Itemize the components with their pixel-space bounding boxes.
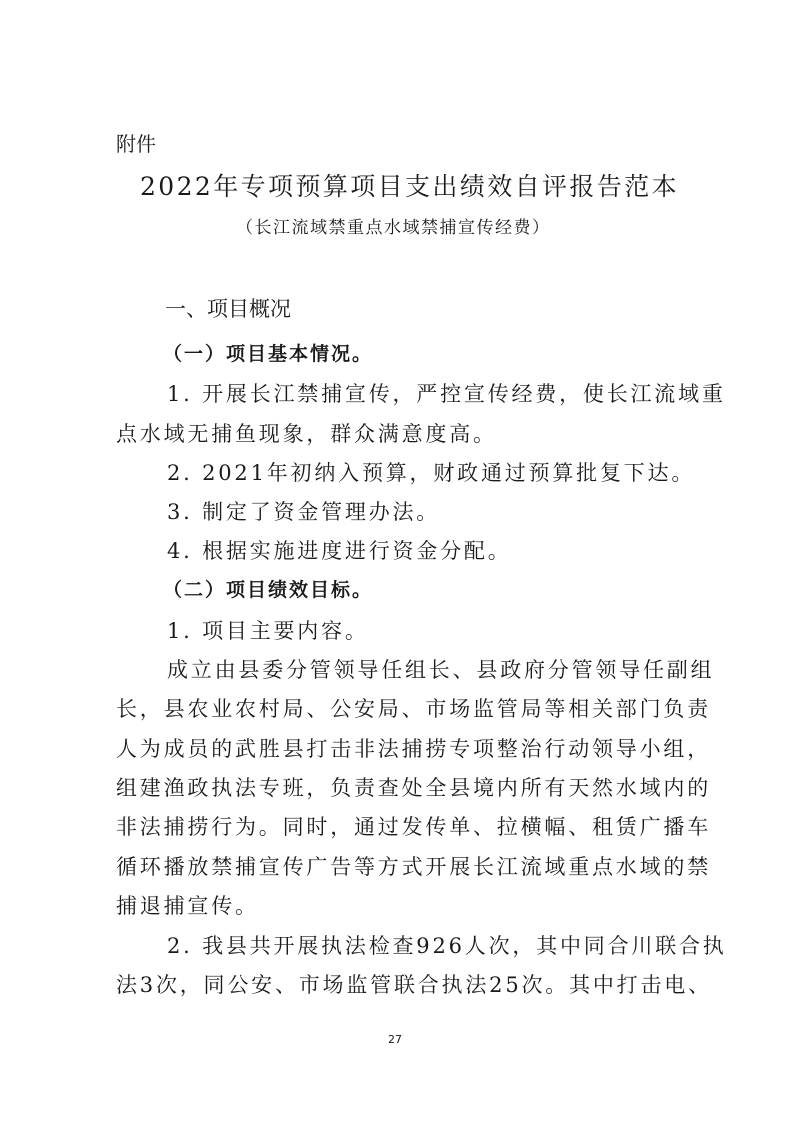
paragraph-line: 成立由县委分管领导任组长、县政府分管领导任副组 xyxy=(167,657,714,683)
subsection-heading-basic-info: （一）项目基本情况。 xyxy=(163,341,373,367)
paragraph-line: 2. 2021年初纳入预算，财政通过预算批复下达。 xyxy=(167,460,695,486)
document-subtitle: （长江流域禁重点水域禁捕宣传经费） xyxy=(236,215,551,241)
subsection-heading-performance-goals: （二）项目绩效目标。 xyxy=(163,577,373,603)
paragraph-line: 循环播放禁捕宣传广告等方式开展长江流域重点水域的禁 xyxy=(116,854,711,880)
paragraph-line: 法3次，同公安、市场监管联合执法25次。其中打击电、 xyxy=(116,972,712,998)
paragraph-line: 非法捕捞行为。同时，通过发传单、拉横幅、租赁广播车 xyxy=(116,814,711,840)
paragraph-line: 1. 项目主要内容。 xyxy=(167,618,369,644)
paragraph-line: 4. 根据实施进度进行资金分配。 xyxy=(167,538,512,564)
paragraph-line: 捕退捕宣传。 xyxy=(116,893,259,919)
paragraph-line: 人为成员的武胜县打击非法捕捞专项整治行动领导小组， xyxy=(116,736,711,762)
paragraph-line: 3. 制定了资金管理办法。 xyxy=(167,499,440,525)
document-title: 2022年专项预算项目支出绩效自评报告范本 xyxy=(140,174,679,200)
paragraph-line: 2. 我县共开展执法检查926人次，其中同合川联合执 xyxy=(167,933,727,959)
paragraph-line: 1. 开展长江禁捕宣传，严控宣传经费，使长江流域重 xyxy=(167,381,726,407)
paragraph-line: 组建渔政执法专班，负责查处全县境内所有天然水域内的 xyxy=(116,775,711,801)
page-number: 27 xyxy=(388,1027,402,1053)
annex-label: 附件 xyxy=(116,131,156,157)
paragraph-line: 点水域无捕鱼现象，群众满意度高。 xyxy=(116,421,497,447)
section-heading-overview: 一、项目概况 xyxy=(165,296,291,322)
paragraph-line: 长，县农业农村局、公安局、市场监管局等相关部门负责 xyxy=(116,696,711,722)
